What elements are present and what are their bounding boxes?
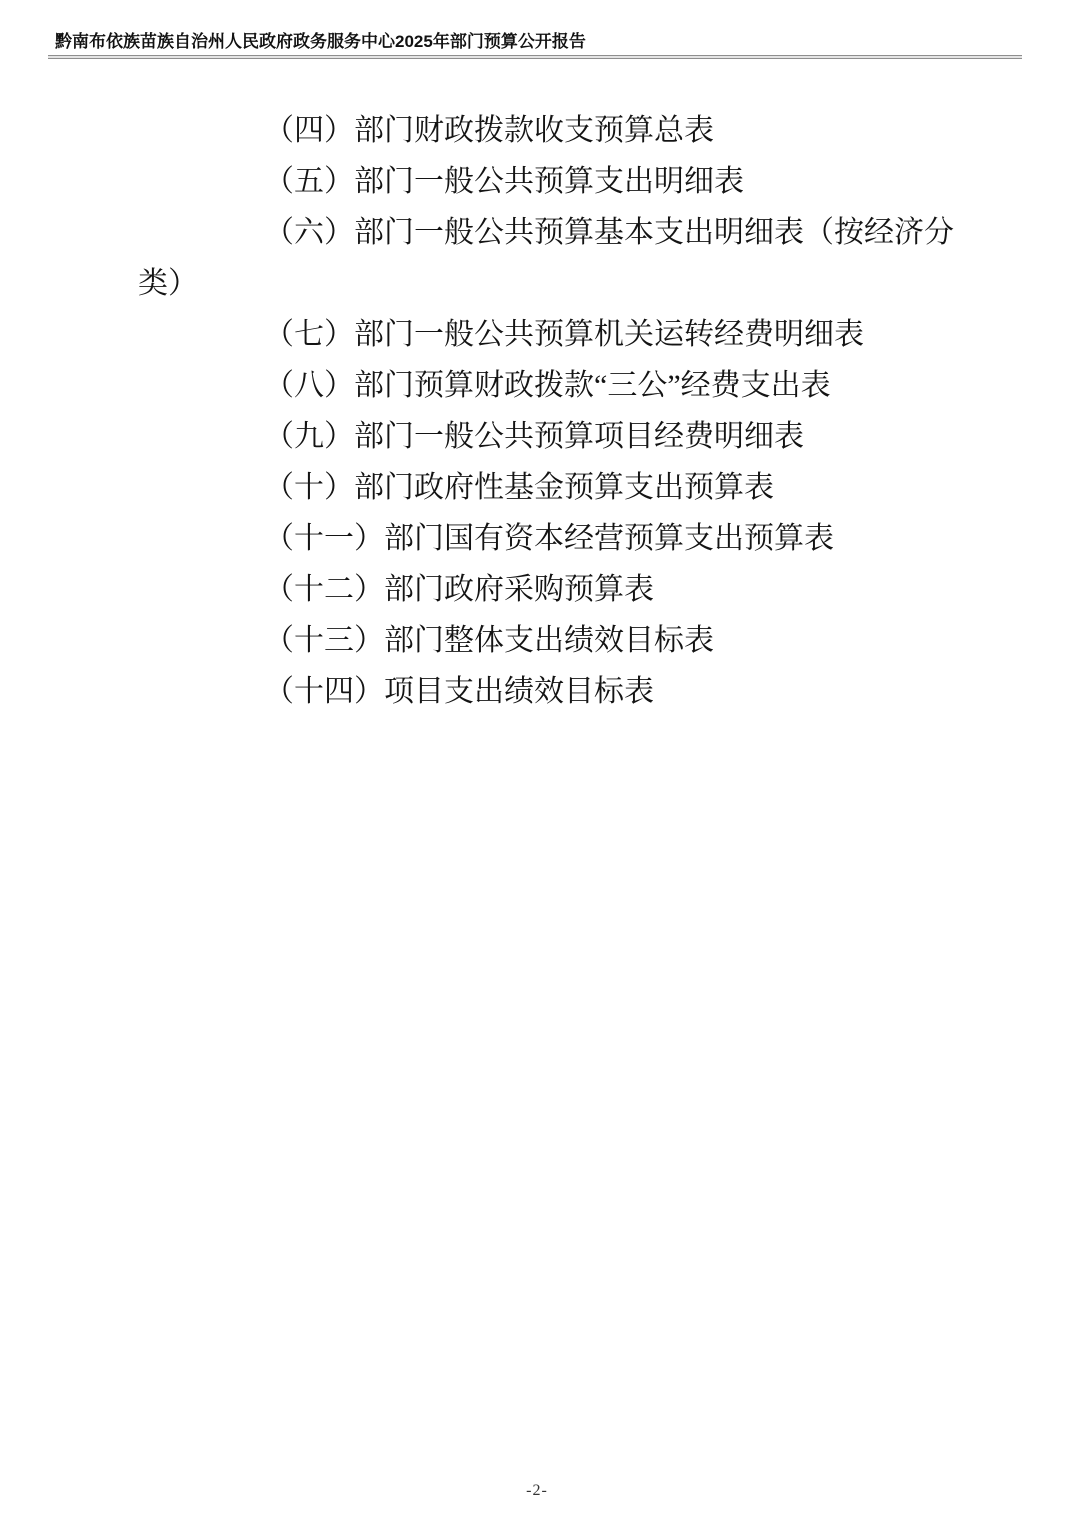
toc-item-14: （十四）项目支出绩效目标表 xyxy=(138,666,970,717)
toc-item-5: （五）部门一般公共预算支出明细表 xyxy=(138,156,970,207)
header-divider xyxy=(48,55,1022,59)
page-header-title: 黔南布依族苗族自治州人民政府政务服务中心2025年部门预算公开报告 xyxy=(55,32,586,52)
toc-item-10: （十）部门政府性基金预算支出预算表 xyxy=(138,462,970,513)
toc-item-12: （十二）部门政府采购预算表 xyxy=(138,564,970,615)
toc-item-7: （七）部门一般公共预算机关运转经费明细表 xyxy=(138,309,970,360)
page-number: -2- xyxy=(526,1482,548,1499)
toc-item-13: （十三）部门整体支出绩效目标表 xyxy=(138,615,970,666)
page-footer: -2- xyxy=(0,1482,1074,1500)
toc-item-9: （九）部门一般公共预算项目经费明细表 xyxy=(138,411,970,462)
toc-item-11: （十一）部门国有资本经营预算支出预算表 xyxy=(138,513,970,564)
toc-item-4: （四）部门财政拨款收支预算总表 xyxy=(138,105,970,156)
document-page: 黔南布依族苗族自治州人民政府政务服务中心2025年部门预算公开报告 （四）部门财… xyxy=(0,0,1074,1520)
toc-item-6: （六）部门一般公共预算基本支出明细表（按经济分类） xyxy=(138,207,970,309)
toc-list: （四）部门财政拨款收支预算总表 （五）部门一般公共预算支出明细表 （六）部门一般… xyxy=(138,105,970,717)
toc-item-8: （八）部门预算财政拨款“三公”经费支出表 xyxy=(138,360,970,411)
